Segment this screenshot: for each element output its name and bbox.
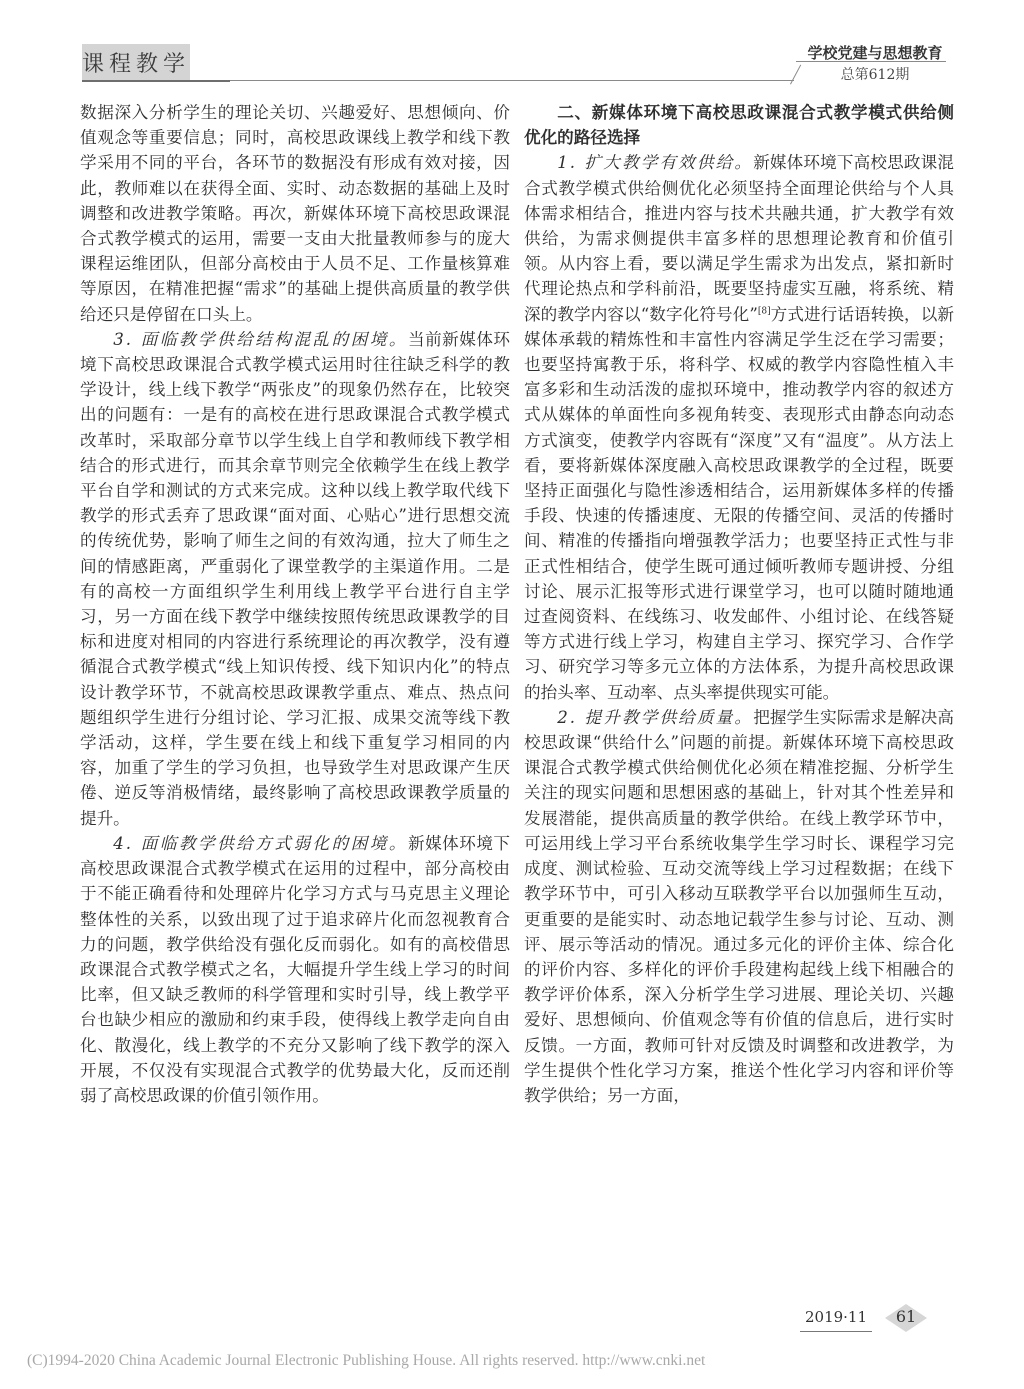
page-number: 61 (885, 1307, 927, 1326)
copyright-notice: (C)1994-2020 China Academic Journal Elec… (27, 1352, 987, 1370)
page-header: 课程教学 学校党建与思想教育 总第612期 (0, 0, 1024, 90)
paragraph-lead: 3. 面临教学供给结构混乱的困境。 (113, 330, 408, 349)
header-rule-accent (82, 80, 230, 82)
left-column: 数据深入分析学生的理论关切、兴趣爱好、思想倾向、价值观念等重要信息；同时，高校思… (80, 100, 510, 1108)
section-tag: 课程教学 (82, 44, 190, 80)
issue-total: 总第612期 (800, 64, 950, 84)
citation-ref[interactable]: [8] (758, 306, 771, 316)
paragraph-body: 新媒体环境下高校思政课混合式教学模式在运用的过程中，部分高校由于不能正确看待和处… (80, 834, 510, 1105)
section-heading: 二、新媒体环境下高校思政课混合式教学模式供给侧优化的路径选择 (524, 100, 954, 150)
footer-rule (800, 1331, 872, 1332)
paragraph-body: 当前新媒体环境下高校思政课混合式教学模式运用时往往缺乏科学的教学设计，线上线下教… (80, 330, 510, 828)
right-column: 二、新媒体环境下高校思政课混合式教学模式供给侧优化的路径选择 1. 扩大教学有效… (524, 100, 954, 1108)
paragraph: 4. 面临教学供给方式弱化的困境。新媒体环境下高校思政课混合式教学模式在运用的过… (80, 831, 510, 1108)
paragraph: 1. 扩大教学有效供给。新媒体环境下高校思政课混合式教学模式供给侧优化必须坚持全… (524, 150, 954, 704)
paragraph: 2. 提升教学供给质量。把握学生实际需求是解决高校思政课“供给什么”问题的前提。… (524, 705, 954, 1108)
paragraph-lead: 2. 提升教学供给质量。 (557, 708, 753, 727)
paragraph-body: 把握学生实际需求是解决高校思政课“供给什么”问题的前提。新媒体环境下高校思政课混… (524, 708, 954, 1105)
paragraph-lead: 1. 扩大教学有效供给。 (557, 153, 753, 172)
issue-date: 2019·11 (800, 1308, 872, 1326)
paragraph: 数据深入分析学生的理论关切、兴趣爱好、思想倾向、价值观念等重要信息；同时，高校思… (80, 100, 510, 327)
journal-name: 学校党建与思想教育 (800, 42, 950, 63)
paragraph: 3. 面临教学供给结构混乱的困境。当前新媒体环境下高校思政课混合式教学模式运用时… (80, 327, 510, 831)
paragraph-body: 方式进行话语转换，以新媒体承载的精炼性和丰富性内容满足学生泛在学习需要；也要坚持… (524, 305, 954, 702)
paragraph-lead: 4. 面临教学供给方式弱化的困境。 (113, 834, 408, 853)
journal-rule (796, 61, 946, 62)
paragraph-body: 新媒体环境下高校思政课混合式教学模式供给侧优化必须坚持全面理论供给与个人具体需求… (524, 153, 954, 323)
